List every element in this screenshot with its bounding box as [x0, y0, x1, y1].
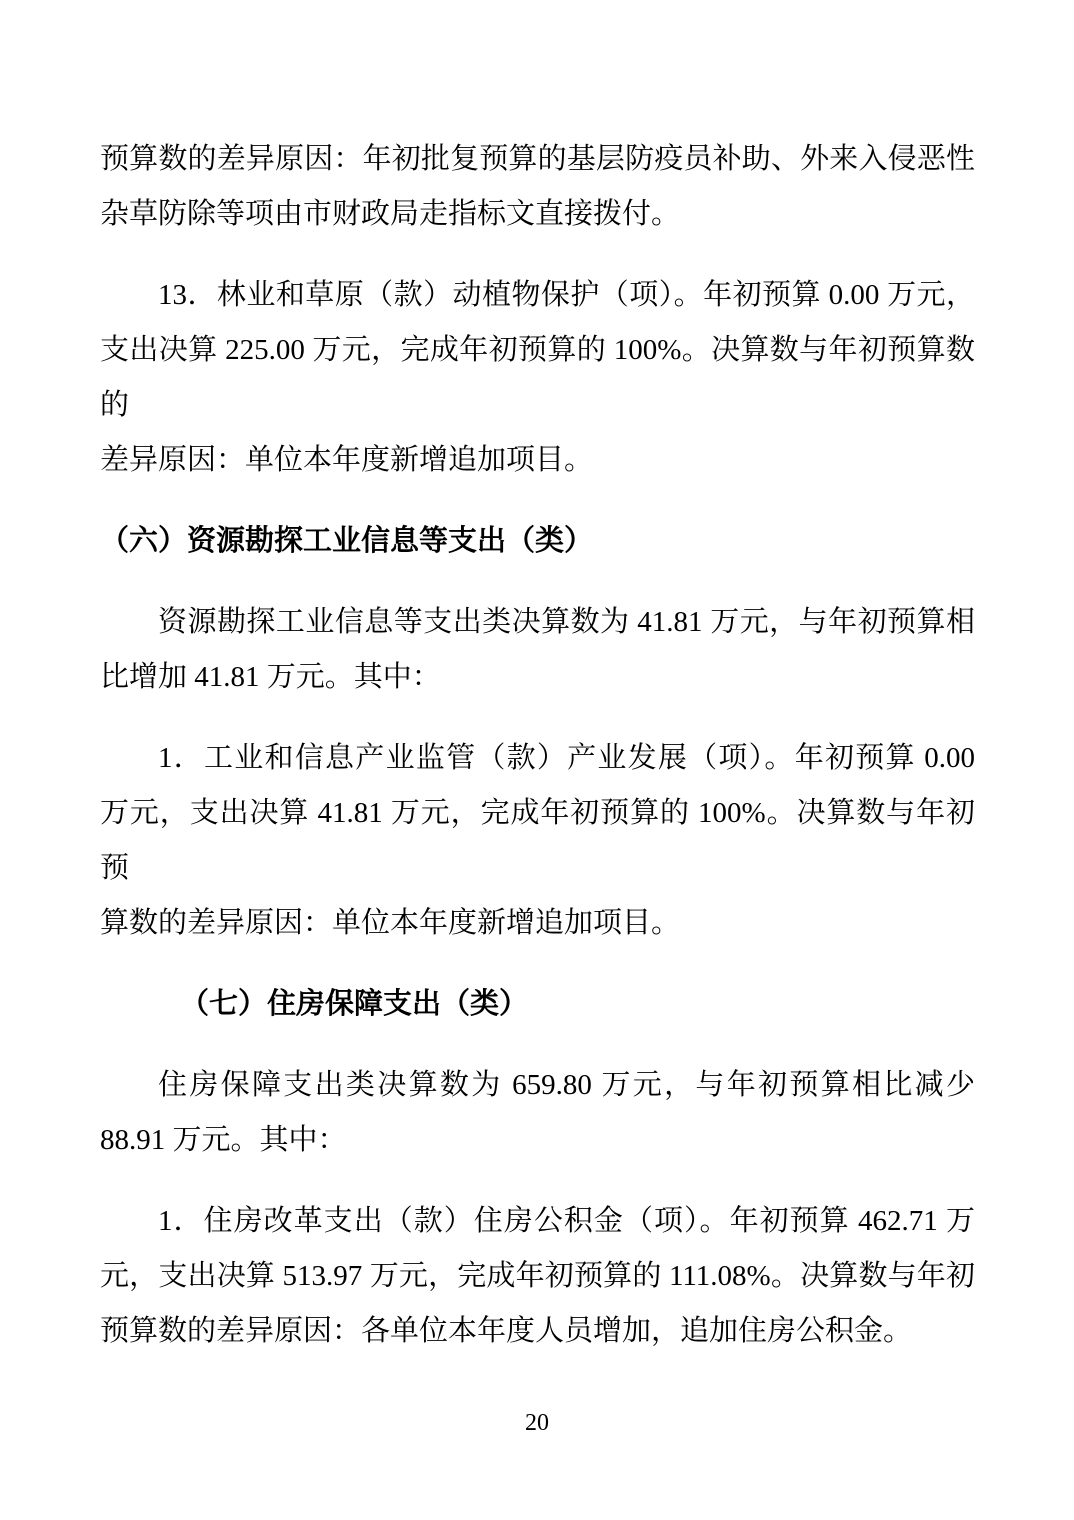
text-line: 预算数的差异原因：年初批复预算的基层防疫员补助、外来入侵恶性: [100, 132, 975, 187]
text-line: 万元，支出决算 41.81 万元，完成年初预算的 100%。决算数与年初预: [100, 786, 975, 896]
section-heading: （六）资源勘探工业信息等支出（类）: [100, 514, 975, 569]
text-line: 住房保障支出类决算数为 659.80 万元，与年初预算相比减少: [100, 1058, 975, 1113]
text-line: 杂草防除等项由市财政局走指标文直接拨付。: [100, 187, 975, 242]
text-line: 1．工业和信息产业监管（款）产业发展（项）。年初预算 0.00: [100, 731, 975, 786]
text-line: 预算数的差异原因：各单位本年度人员增加，追加住房公积金。: [100, 1304, 975, 1359]
paragraph: 1．工业和信息产业监管（款）产业发展（项）。年初预算 0.00万元，支出决算 4…: [100, 731, 975, 951]
page-number: 20: [0, 1406, 1074, 1440]
section-heading: （七）住房保障支出（类）: [100, 977, 975, 1032]
text-line: 算数的差异原因：单位本年度新增追加项目。: [100, 896, 975, 951]
text-line: 13．林业和草原（款）动植物保护（项）。年初预算 0.00 万元，: [100, 268, 975, 323]
paragraph: 预算数的差异原因：年初批复预算的基层防疫员补助、外来入侵恶性杂草防除等项由市财政…: [100, 132, 975, 242]
paragraph: 资源勘探工业信息等支出类决算数为 41.81 万元，与年初预算相比增加 41.8…: [100, 595, 975, 705]
text-line: 资源勘探工业信息等支出类决算数为 41.81 万元，与年初预算相: [100, 595, 975, 650]
paragraph: 13．林业和草原（款）动植物保护（项）。年初预算 0.00 万元，支出决算 22…: [100, 268, 975, 488]
text-line: 1．住房改革支出（款）住房公积金（项）。年初预算 462.71 万: [100, 1194, 975, 1249]
paragraph: 住房保障支出类决算数为 659.80 万元，与年初预算相比减少88.91 万元。…: [100, 1058, 975, 1168]
text-line: 比增加 41.81 万元。其中：: [100, 650, 975, 705]
paragraph: 1．住房改革支出（款）住房公积金（项）。年初预算 462.71 万元，支出决算 …: [100, 1194, 975, 1359]
text-line: 元，支出决算 513.97 万元，完成年初预算的 111.08%。决算数与年初: [100, 1249, 975, 1304]
text-line: 88.91 万元。其中：: [100, 1113, 975, 1168]
text-line: 差异原因：单位本年度新增追加项目。: [100, 433, 975, 488]
document-body: 预算数的差异原因：年初批复预算的基层防疫员补助、外来入侵恶性杂草防除等项由市财政…: [100, 132, 975, 1385]
text-line: 支出决算 225.00 万元，完成年初预算的 100%。决算数与年初预算数的: [100, 323, 975, 433]
document-page: 预算数的差异原因：年初批复预算的基层防疫员补助、外来入侵恶性杂草防除等项由市财政…: [0, 0, 1074, 1520]
